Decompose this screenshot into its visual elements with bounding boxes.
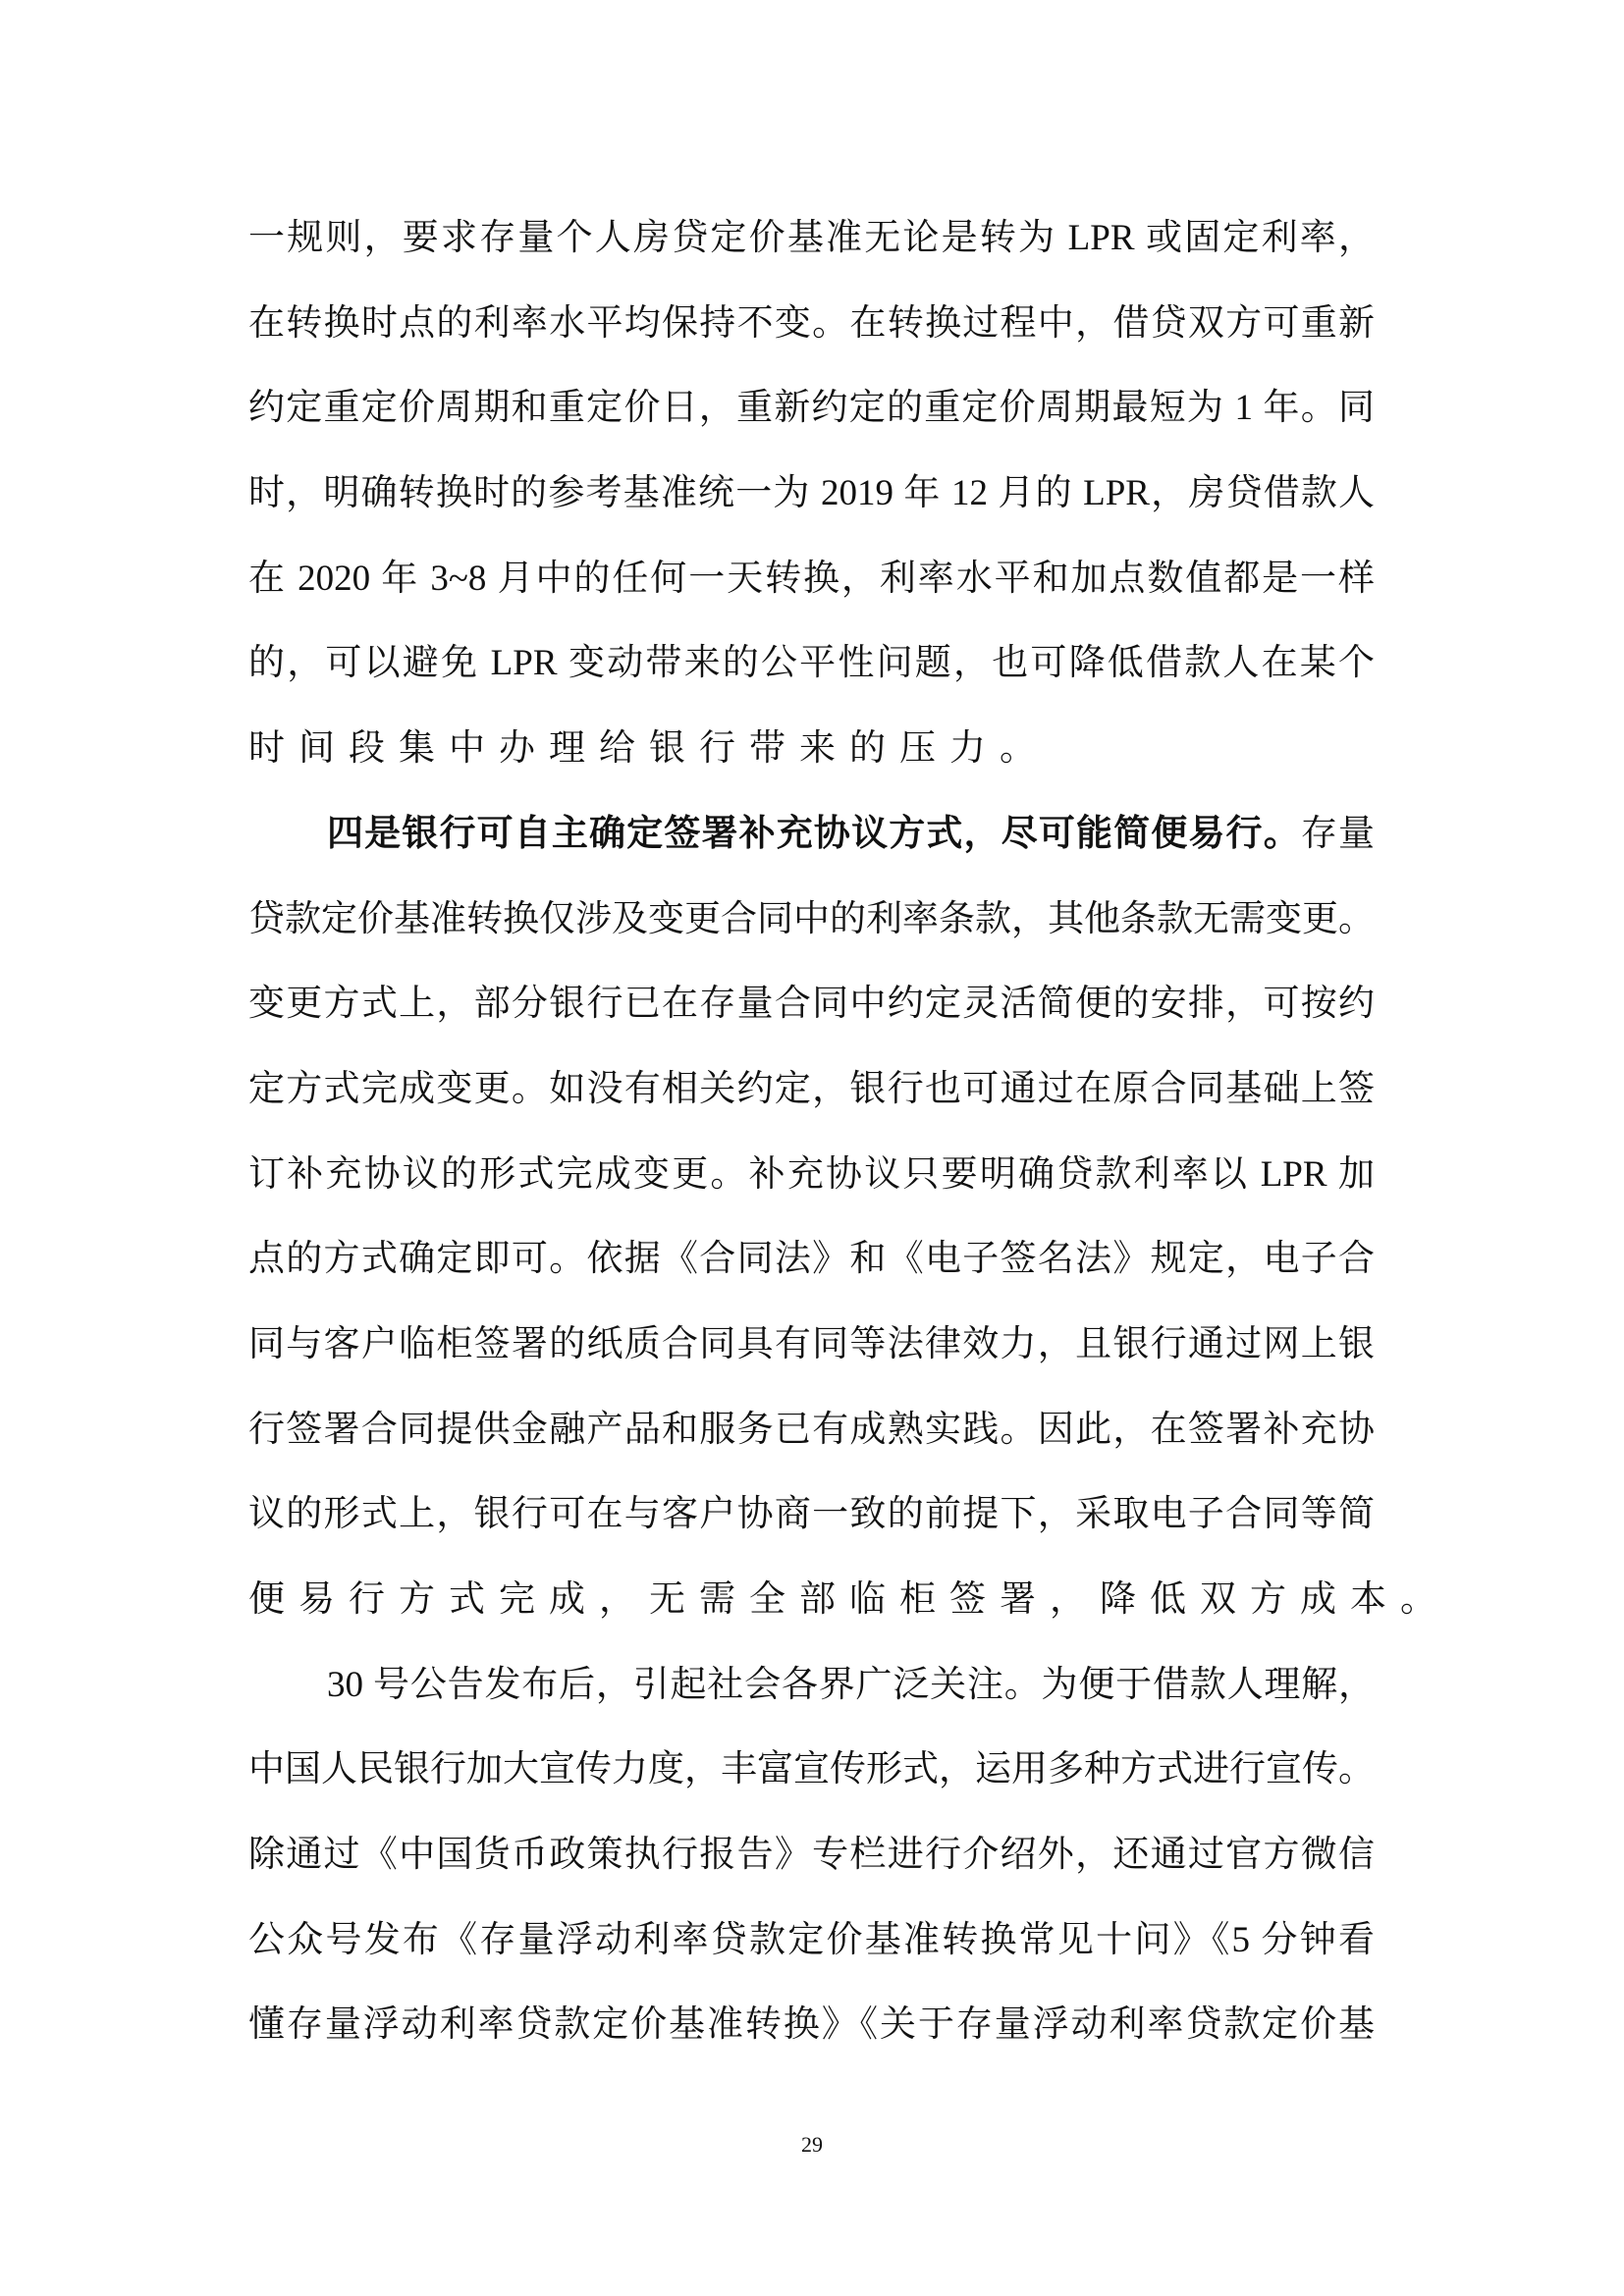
paragraph-line: 在 2020 年 3~8 月中的任何一天转换，利率水平和加点数值都是一样 [248, 550, 1375, 635]
heading-continuation: 存量 [1301, 814, 1375, 854]
paragraph-line: 贷款定价基准转换仅涉及变更合同中的利率条款，其他条款无需变更。 [248, 890, 1375, 976]
paragraph-first-line: 30 号公告发布后，引起社会各界广泛关注。为便于借款人理解， [248, 1656, 1375, 1741]
paragraph-line: 时间段集中办理给银行带来的压力。 [248, 720, 1375, 805]
paragraph-line: 的，可以避免 LPR 变动带来的公平性问题，也可降低借款人在某个 [248, 634, 1375, 720]
paragraph-3: 30 号公告发布后，引起社会各界广泛关注。为便于借款人理解， 中国人民银行加大宣… [248, 1656, 1375, 2081]
paragraph-2: 四是银行可自主确定签署补充协议方式，尽可能简便易行。存量 贷款定价基准转换仅涉及… [248, 805, 1375, 1656]
paragraph-line: 除通过《中国货币政策执行报告》专栏进行介绍外，还通过官方微信 [248, 1826, 1375, 1911]
paragraph-line: 变更方式上，部分银行已在存量合同中约定灵活简便的安排，可按约 [248, 975, 1375, 1060]
document-page: 一规则，要求存量个人房贷定价基准无论是转为 LPR 或固定利率， 在转换时点的利… [0, 0, 1624, 2296]
section-heading: 四是银行可自主确定签署补充协议方式，尽可能简便易行。 [327, 814, 1301, 854]
paragraph-line: 时，明确转换时的参考基准统一为 2019 年 12 月的 LPR，房贷借款人 [248, 464, 1375, 550]
paragraph-line: 中国人民银行加大宣传力度，丰富宣传形式，运用多种方式进行宣传。 [248, 1740, 1375, 1826]
paragraph-line: 定方式完成变更。如没有相关约定，银行也可通过在原合同基础上签 [248, 1060, 1375, 1146]
paragraph-1: 一规则，要求存量个人房贷定价基准无论是转为 LPR 或固定利率， 在转换时点的利… [248, 209, 1375, 805]
paragraph-line: 便易行方式完成，无需全部临柜签署，降低双方成本。 [248, 1571, 1375, 1656]
paragraph-line: 懂存量浮动利率贷款定价基准转换》《关于存量浮动利率贷款定价基 [248, 1996, 1375, 2081]
paragraph-line: 议的形式上，银行可在与客户协商一致的前提下，采取电子合同等简 [248, 1485, 1375, 1571]
paragraph-line: 订补充协议的形式完成变更。补充协议只要明确贷款利率以 LPR 加 [248, 1146, 1375, 1231]
paragraph-line: 在转换时点的利率水平均保持不变。在转换过程中，借贷双方可重新 [248, 294, 1375, 380]
paragraph-line: 行签署合同提供金融产品和服务已有成熟实践。因此，在签署补充协 [248, 1401, 1375, 1486]
paragraph-line: 一规则，要求存量个人房贷定价基准无论是转为 LPR 或固定利率， [248, 209, 1375, 294]
body-text: 一规则，要求存量个人房贷定价基准无论是转为 LPR 或固定利率， 在转换时点的利… [248, 209, 1375, 2081]
paragraph-line: 公众号发布《存量浮动利率贷款定价基准转换常见十问》《5 分钟看 [248, 1911, 1375, 1997]
paragraph-line: 约定重定价周期和重定价日，重新约定的重定价周期最短为 1 年。同 [248, 379, 1375, 464]
page-number: 29 [0, 2130, 1624, 2160]
paragraph-line: 同与客户临柜签署的纸质合同具有同等法律效力，且银行通过网上银 [248, 1315, 1375, 1401]
paragraph-first-line: 四是银行可自主确定签署补充协议方式，尽可能简便易行。存量 [248, 805, 1375, 890]
paragraph-line: 点的方式确定即可。依据《合同法》和《电子签名法》规定，电子合 [248, 1230, 1375, 1315]
